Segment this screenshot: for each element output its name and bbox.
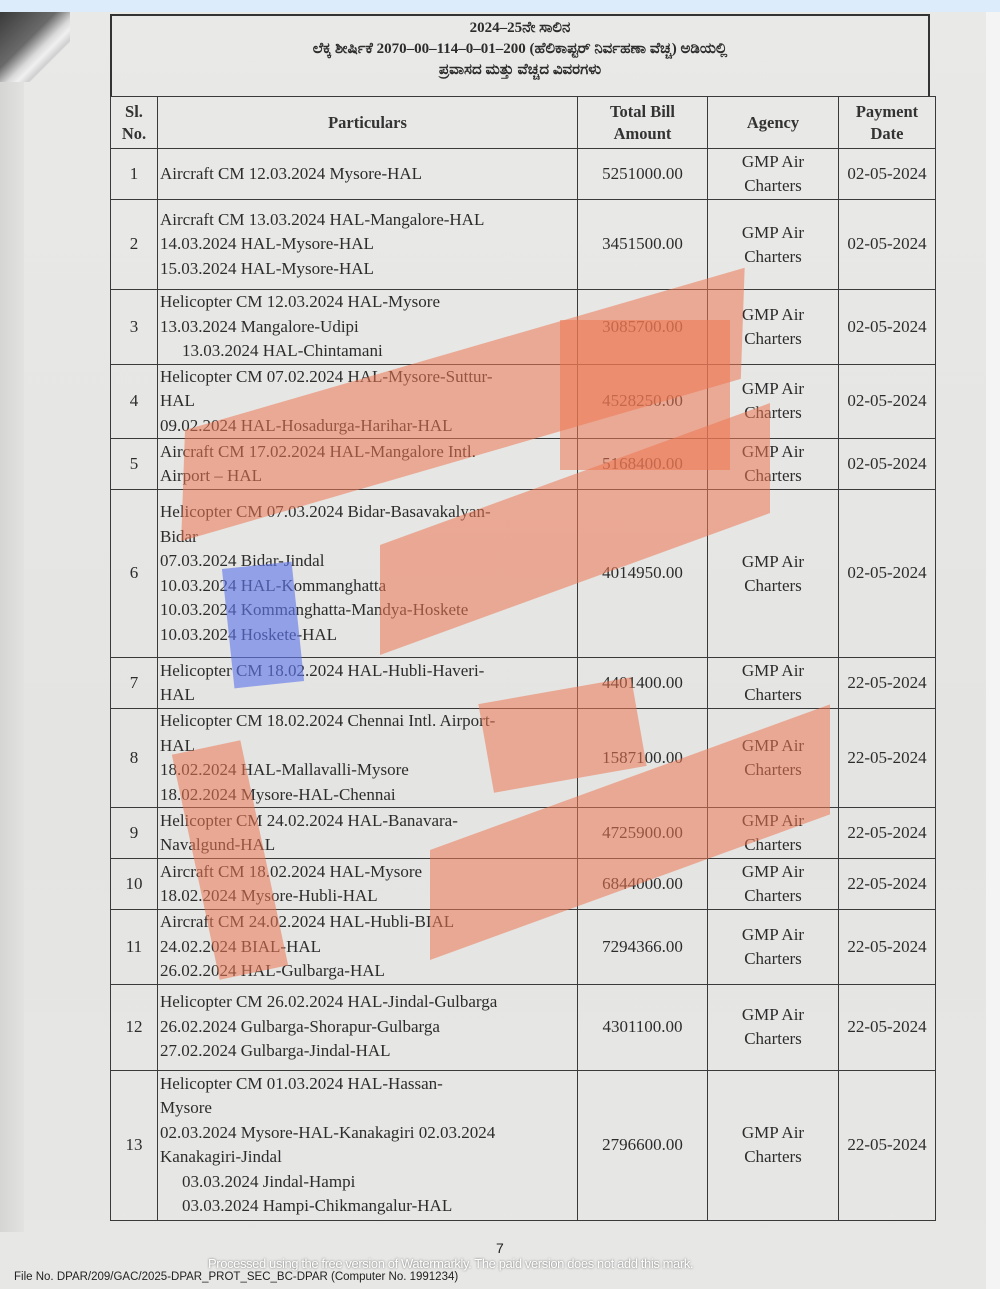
table-row: 2Aircraft CM 13.03.2024 HAL-Mangalore-HA… — [111, 200, 936, 290]
particulars-line: HAL — [160, 389, 575, 414]
particulars-line: Aircraft CM 12.03.2024 Mysore-HAL — [160, 162, 575, 187]
agency-line: Charters — [709, 464, 837, 488]
agency-line: Charters — [709, 758, 837, 782]
particulars-line: Aircraft CM 24.02.2024 HAL-Hubli-BIAL — [160, 910, 575, 935]
header-agency: Agency — [708, 97, 839, 149]
agency-line: GMP Air — [709, 734, 837, 758]
agency-line: GMP Air — [709, 303, 837, 327]
particulars-line: 07.03.2024 Bidar-Jindal — [160, 549, 575, 574]
cell-particulars: Helicopter CM 01.03.2024 HAL-Hassan-Myso… — [158, 1070, 578, 1220]
table-row: 5Aircraft CM 17.02.2024 HAL-Mangalore In… — [111, 439, 936, 490]
agency-line: Charters — [709, 884, 837, 908]
cell-payment-date: 02-05-2024 — [839, 290, 936, 365]
cell-total-bill-amount: 2796600.00 — [578, 1070, 708, 1220]
particulars-line: 03.03.2024 Jindal-Hampi — [160, 1170, 575, 1195]
particulars-line: 24.02.2024 BIAL-HAL — [160, 935, 575, 960]
cell-payment-date: 22-05-2024 — [839, 859, 936, 910]
table-row: 1Aircraft CM 12.03.2024 Mysore-HAL525100… — [111, 149, 936, 200]
agency-line: Charters — [709, 245, 837, 269]
cell-sl-no: 4 — [111, 364, 158, 439]
particulars-line: Aircraft CM 17.02.2024 HAL-Mangalore Int… — [160, 440, 575, 465]
cell-agency: GMP AirCharters — [708, 1070, 839, 1220]
table-row: 10Aircraft CM 18.02.2024 HAL-Mysore18.02… — [111, 859, 936, 910]
cell-total-bill-amount: 3085700.00 — [578, 290, 708, 365]
cell-total-bill-amount: 1587100.00 — [578, 709, 708, 808]
cell-sl-no: 11 — [111, 910, 158, 985]
agency-line: Charters — [709, 1145, 837, 1169]
cell-agency: GMP AirCharters — [708, 364, 839, 439]
cell-total-bill-amount: 6844000.00 — [578, 859, 708, 910]
particulars-line: Helicopter CM 18.02.2024 HAL-Hubli-Haver… — [160, 659, 575, 684]
cell-total-bill-amount: 4528250.00 — [578, 364, 708, 439]
particulars-line: Kanakagiri-Jindal — [160, 1145, 575, 1170]
cell-payment-date: 02-05-2024 — [839, 364, 936, 439]
particulars-line: Helicopter CM 07.03.2024 Bidar-Basavakal… — [160, 500, 575, 525]
cell-total-bill-amount: 4401400.00 — [578, 658, 708, 709]
cell-payment-date: 22-05-2024 — [839, 984, 936, 1070]
cell-agency: GMP AirCharters — [708, 149, 839, 200]
particulars-line: 26.02.2024 HAL-Gulbarga-HAL — [160, 959, 575, 984]
agency-line: Charters — [709, 683, 837, 707]
agency-line: GMP Air — [709, 809, 837, 833]
page-edge-shadow — [0, 82, 24, 1232]
particulars-line: Navalgund-HAL — [160, 833, 575, 858]
table-row: 11Aircraft CM 24.02.2024 HAL-Hubli-BIAL2… — [111, 910, 936, 985]
cell-agency: GMP AirCharters — [708, 200, 839, 290]
cell-agency: GMP AirCharters — [708, 984, 839, 1070]
particulars-line: 14.03.2024 HAL-Mysore-HAL — [160, 232, 575, 257]
title-account-head: ಲೆಕ್ಕ ಶೀರ್ಷಿಕೆ 2070–00–114–0–01–200 (ಹೆಲ… — [112, 39, 928, 60]
page-number: 7 — [496, 1240, 504, 1256]
agency-line: GMP Air — [709, 377, 837, 401]
cell-total-bill-amount: 5251000.00 — [578, 149, 708, 200]
particulars-line: Helicopter CM 26.02.2024 HAL-Jindal-Gulb… — [160, 990, 575, 1015]
cell-agency: GMP AirCharters — [708, 910, 839, 985]
table-row: 13Helicopter CM 01.03.2024 HAL-Hassan-My… — [111, 1070, 936, 1220]
cell-total-bill-amount: 4725900.00 — [578, 808, 708, 859]
table-row: 6Helicopter CM 07.03.2024 Bidar-Basavaka… — [111, 490, 936, 658]
particulars-line: 26.02.2024 Gulbarga-Shorapur-Gulbarga — [160, 1015, 575, 1040]
header-payment-date: PaymentDate — [839, 97, 936, 149]
particulars-line: HAL — [160, 734, 575, 759]
cell-particulars: Aircraft CM 24.02.2024 HAL-Hubli-BIAL24.… — [158, 910, 578, 985]
cell-sl-no: 3 — [111, 290, 158, 365]
expense-document: 2024–25ನೇ ಸಾಲಿನ ಲೆಕ್ಕ ಶೀರ್ಷಿಕೆ 2070–00–1… — [110, 14, 930, 1221]
cell-sl-no: 12 — [111, 984, 158, 1070]
cell-payment-date: 02-05-2024 — [839, 439, 936, 490]
particulars-line: 13.03.2024 HAL-Chintamani — [160, 339, 575, 364]
agency-line: Charters — [709, 401, 837, 425]
particulars-line: 10.03.2024 Hoskete-HAL — [160, 623, 575, 648]
table-row: 3Helicopter CM 12.03.2024 HAL-Mysore13.0… — [111, 290, 936, 365]
cell-particulars: Aircraft CM 18.02.2024 HAL-Mysore18.02.2… — [158, 859, 578, 910]
particulars-line: 27.02.2024 Gulbarga-Jindal-HAL — [160, 1039, 575, 1064]
particulars-line: Bidar — [160, 525, 575, 550]
cell-agency: GMP AirCharters — [708, 439, 839, 490]
agency-line: GMP Air — [709, 1003, 837, 1027]
particulars-line: Mysore — [160, 1096, 575, 1121]
agency-line: GMP Air — [709, 150, 837, 174]
cell-particulars: Aircraft CM 17.02.2024 HAL-Mangalore Int… — [158, 439, 578, 490]
cell-payment-date: 02-05-2024 — [839, 490, 936, 658]
cell-particulars: Helicopter CM 12.03.2024 HAL-Mysore13.03… — [158, 290, 578, 365]
particulars-line: 18.02.2024 Mysore-Hubli-HAL — [160, 884, 575, 909]
agency-line: GMP Air — [709, 440, 837, 464]
agency-line: Charters — [709, 1027, 837, 1051]
cell-sl-no: 6 — [111, 490, 158, 658]
top-bar — [0, 0, 1000, 12]
folded-corner — [0, 12, 70, 82]
agency-line: GMP Air — [709, 550, 837, 574]
cell-payment-date: 22-05-2024 — [839, 709, 936, 808]
cell-particulars: Helicopter CM 07.03.2024 Bidar-Basavakal… — [158, 490, 578, 658]
cell-agency: GMP AirCharters — [708, 290, 839, 365]
agency-line: GMP Air — [709, 221, 837, 245]
agency-line: GMP Air — [709, 1121, 837, 1145]
particulars-line: Helicopter CM 01.03.2024 HAL-Hassan- — [160, 1072, 575, 1097]
cell-sl-no: 10 — [111, 859, 158, 910]
cell-particulars: Aircraft CM 12.03.2024 Mysore-HAL — [158, 149, 578, 200]
particulars-line: 09.02.2024 HAL-Hosadurga-Harihar-HAL — [160, 414, 575, 439]
title-year: 2024–25ನೇ ಸಾಲಿನ — [112, 18, 928, 39]
agency-line: GMP Air — [709, 923, 837, 947]
cell-sl-no: 8 — [111, 709, 158, 808]
table-header-row: Sl.No. Particulars Total BillAmount Agen… — [111, 97, 936, 149]
particulars-line: 03.03.2024 Hampi-Chikmangalur-HAL — [160, 1194, 575, 1219]
particulars-line: 13.03.2024 Mangalore-Udipi — [160, 315, 575, 340]
document-title-block: 2024–25ನೇ ಸಾಲಿನ ಲೆಕ್ಕ ಶೀರ್ಷಿಕೆ 2070–00–1… — [110, 14, 930, 96]
cell-agency: GMP AirCharters — [708, 859, 839, 910]
cell-agency: GMP AirCharters — [708, 658, 839, 709]
cell-total-bill-amount: 3451500.00 — [578, 200, 708, 290]
particulars-line: 18.02.2024 HAL-Mallavalli-Mysore — [160, 758, 575, 783]
table-row: 7Helicopter CM 18.02.2024 HAL-Hubli-Have… — [111, 658, 936, 709]
cell-sl-no: 1 — [111, 149, 158, 200]
particulars-line: Helicopter CM 07.02.2024 HAL-Mysore-Sutt… — [160, 365, 575, 390]
file-number: File No. DPAR/209/GAC/2025-DPAR_PROT_SEC… — [14, 1271, 458, 1283]
cell-agency: GMP AirCharters — [708, 709, 839, 808]
header-sl-no: Sl.No. — [111, 97, 158, 149]
particulars-line: 10.03.2024 Kommanghatta-Mandya-Hoskete — [160, 598, 575, 623]
cell-particulars: Helicopter CM 07.02.2024 HAL-Mysore-Sutt… — [158, 364, 578, 439]
cell-particulars: Helicopter CM 18.02.2024 HAL-Hubli-Haver… — [158, 658, 578, 709]
particulars-line: Helicopter CM 18.02.2024 Chennai Intl. A… — [160, 709, 575, 734]
watermark-notice: Processed using the free version of Wate… — [208, 1256, 693, 1271]
table-row: 9Helicopter CM 24.02.2024 HAL-Banavara-N… — [111, 808, 936, 859]
table-row: 12Helicopter CM 26.02.2024 HAL-Jindal-Gu… — [111, 984, 936, 1070]
particulars-line: Aircraft CM 18.02.2024 HAL-Mysore — [160, 860, 575, 885]
agency-line: Charters — [709, 947, 837, 971]
cell-particulars: Aircraft CM 13.03.2024 HAL-Mangalore-HAL… — [158, 200, 578, 290]
particulars-line: 10.03.2024 HAL-Kommanghatta — [160, 574, 575, 599]
cell-sl-no: 9 — [111, 808, 158, 859]
particulars-line: 18.02.2024 Mysore-HAL-Chennai — [160, 783, 575, 808]
cell-agency: GMP AirCharters — [708, 808, 839, 859]
cell-payment-date: 02-05-2024 — [839, 200, 936, 290]
cell-particulars: Helicopter CM 24.02.2024 HAL-Banavara-Na… — [158, 808, 578, 859]
agency-line: Charters — [709, 833, 837, 857]
particulars-line: Helicopter CM 24.02.2024 HAL-Banavara- — [160, 809, 575, 834]
cell-sl-no: 13 — [111, 1070, 158, 1220]
cell-sl-no: 2 — [111, 200, 158, 290]
title-description: ಪ್ರವಾಸದ ಮತ್ತು ವೆಚ್ಚದ ವಿವರಗಳು — [112, 60, 928, 81]
particulars-line: Airport – HAL — [160, 464, 575, 489]
cell-particulars: Helicopter CM 18.02.2024 Chennai Intl. A… — [158, 709, 578, 808]
agency-line: Charters — [709, 174, 837, 198]
table-row: 8Helicopter CM 18.02.2024 Chennai Intl. … — [111, 709, 936, 808]
cell-total-bill-amount: 4014950.00 — [578, 490, 708, 658]
particulars-line: Helicopter CM 12.03.2024 HAL-Mysore — [160, 290, 575, 315]
cell-payment-date: 22-05-2024 — [839, 808, 936, 859]
particulars-line: Aircraft CM 13.03.2024 HAL-Mangalore-HAL — [160, 208, 575, 233]
cell-total-bill-amount: 7294366.00 — [578, 910, 708, 985]
cell-total-bill-amount: 4301100.00 — [578, 984, 708, 1070]
cell-payment-date: 22-05-2024 — [839, 910, 936, 985]
header-particulars: Particulars — [158, 97, 578, 149]
expense-table: Sl.No. Particulars Total BillAmount Agen… — [110, 96, 936, 1221]
cell-total-bill-amount: 5168400.00 — [578, 439, 708, 490]
particulars-line: 15.03.2024 HAL-Mysore-HAL — [160, 257, 575, 282]
cell-payment-date: 22-05-2024 — [839, 1070, 936, 1220]
agency-line: Charters — [709, 327, 837, 351]
cell-sl-no: 5 — [111, 439, 158, 490]
cell-payment-date: 22-05-2024 — [839, 658, 936, 709]
agency-line: GMP Air — [709, 860, 837, 884]
cell-agency: GMP AirCharters — [708, 490, 839, 658]
particulars-line: 02.03.2024 Mysore-HAL-Kanakagiri 02.03.2… — [160, 1121, 575, 1146]
agency-line: GMP Air — [709, 659, 837, 683]
particulars-line: HAL — [160, 683, 575, 708]
header-total-bill-amount: Total BillAmount — [578, 97, 708, 149]
cell-particulars: Helicopter CM 26.02.2024 HAL-Jindal-Gulb… — [158, 984, 578, 1070]
page-right-margin — [986, 12, 1000, 1289]
cell-payment-date: 02-05-2024 — [839, 149, 936, 200]
cell-sl-no: 7 — [111, 658, 158, 709]
agency-line: Charters — [709, 574, 837, 598]
table-row: 4Helicopter CM 07.02.2024 HAL-Mysore-Sut… — [111, 364, 936, 439]
